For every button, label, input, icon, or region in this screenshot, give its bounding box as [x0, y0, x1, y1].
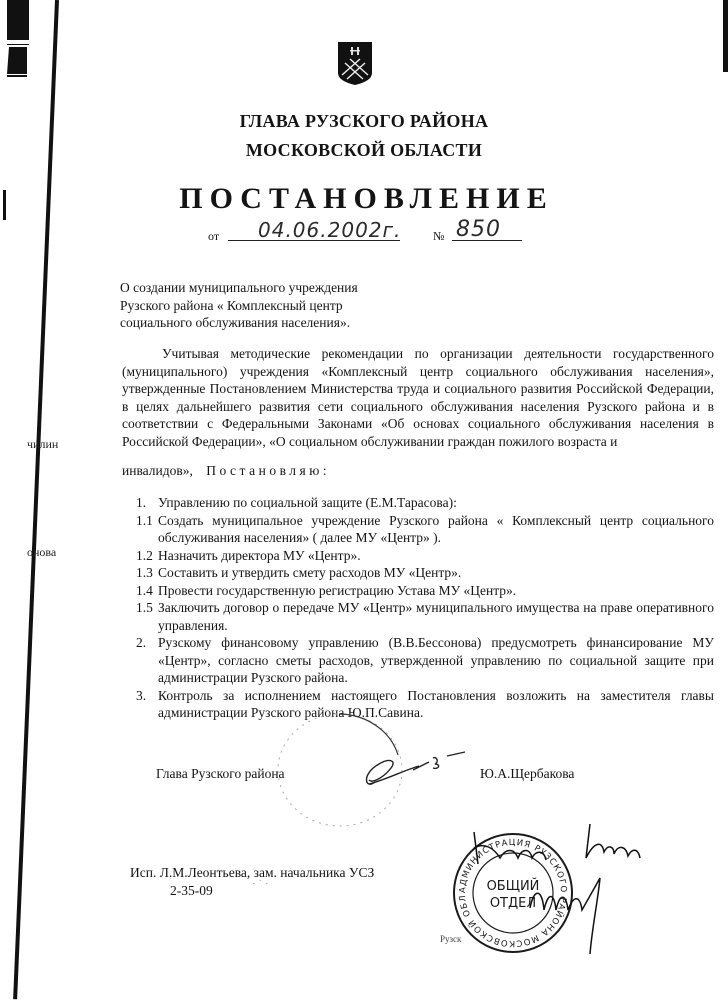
scan-edge-artifact	[723, 0, 728, 72]
preamble-last-word: инвалидов»,	[122, 463, 193, 478]
scan-edge-artifact	[7, 47, 27, 74]
resolution-items: 1. Управлению по социальной защите (Е.М.…	[122, 494, 714, 722]
certification-handwriting	[470, 818, 650, 958]
item-text: Провести государственную регистрацию Уст…	[158, 582, 714, 600]
signatory-name: Ю.А.Щербакова	[480, 766, 574, 782]
document-subject: О создании муниципального учреждения Руз…	[120, 279, 358, 332]
subject-line: Рузского района « Комплексный центр	[120, 297, 358, 315]
item-text: Контроль за исполнением настоящего Поста…	[158, 687, 714, 722]
item-number: 3.	[122, 687, 158, 722]
preamble-paragraph: Учитывая методические рекомендации по ор…	[122, 345, 714, 450]
item-number: 1.3	[122, 564, 158, 582]
resolution-item: 1.4 Провести государственную регистрацию…	[122, 582, 714, 600]
preamble-ending: инвалидов», Постановляю:	[122, 463, 330, 479]
margin-text-fragment: онова	[27, 545, 56, 560]
resolution-item: 1.5 Заключить договор о передаче МУ «Цен…	[122, 599, 714, 634]
resolution-item: 2. Рузскому финансовому управлению (В.В.…	[122, 634, 714, 687]
item-number: 1.	[122, 494, 158, 512]
document-number: 850	[456, 217, 501, 242]
resolve-word: Постановляю:	[206, 463, 330, 478]
margin-text-fragment: чилин	[27, 437, 58, 452]
scan-speckle: · ˙ ·	[252, 878, 269, 890]
number-label: №	[433, 229, 444, 244]
preamble-text: Учитывая методические рекомендации по ор…	[122, 346, 714, 449]
item-text: Заключить договор о передаче МУ «Центр» …	[158, 599, 714, 634]
item-number: 1.5	[122, 599, 158, 634]
item-text: Назначить директора МУ «Центр».	[158, 547, 714, 565]
scan-edge-artifact	[7, 40, 29, 44]
document-title: ПОСТАНОВЛЕНИЕ	[0, 182, 728, 216]
item-text: Управлению по социальной защите (Е.М.Тар…	[158, 494, 714, 512]
authority-name: ГЛАВА РУЗСКОГО РАЙОНА	[0, 111, 728, 132]
document-date: 04.06.2002г.	[258, 218, 401, 242]
scan-edge-artifact	[7, 0, 29, 45]
item-number: 1.2	[122, 547, 158, 565]
signatory-position: Глава Рузского района	[156, 766, 285, 782]
resolution-item: 1.1 Создать муниципальное учреждение Руз…	[122, 512, 714, 547]
resolution-item: 1. Управлению по социальной защите (Е.М.…	[122, 494, 714, 512]
stamp-footer-fragment: Рузск	[440, 934, 461, 944]
coat-of-arms-icon	[337, 41, 373, 86]
resolution-item: 1.3 Составить и утвердить смету расходов…	[122, 564, 714, 582]
scan-edge-artifact	[7, 75, 27, 77]
resolution-item: 1.2 Назначить директора МУ «Центр».	[122, 547, 714, 565]
handwritten-signature	[355, 744, 475, 794]
item-text: Создать муниципальное учреждение Рузског…	[158, 512, 714, 547]
item-text: Рузскому финансовому управлению (В.В.Бес…	[158, 634, 714, 687]
subject-line: О создании муниципального учреждения	[120, 279, 358, 297]
date-label: от	[208, 229, 219, 244]
item-number: 1.4	[122, 582, 158, 600]
resolution-item: 3. Контроль за исполнением настоящего По…	[122, 687, 714, 722]
item-number: 1.1	[122, 512, 158, 547]
subject-line: социального обслуживания населения».	[120, 314, 358, 332]
authority-region: МОСКОВСКОЙ ОБЛАСТИ	[0, 140, 728, 161]
item-text: Составить и утвердить смету расходов МУ …	[158, 564, 714, 582]
item-number: 2.	[122, 634, 158, 687]
